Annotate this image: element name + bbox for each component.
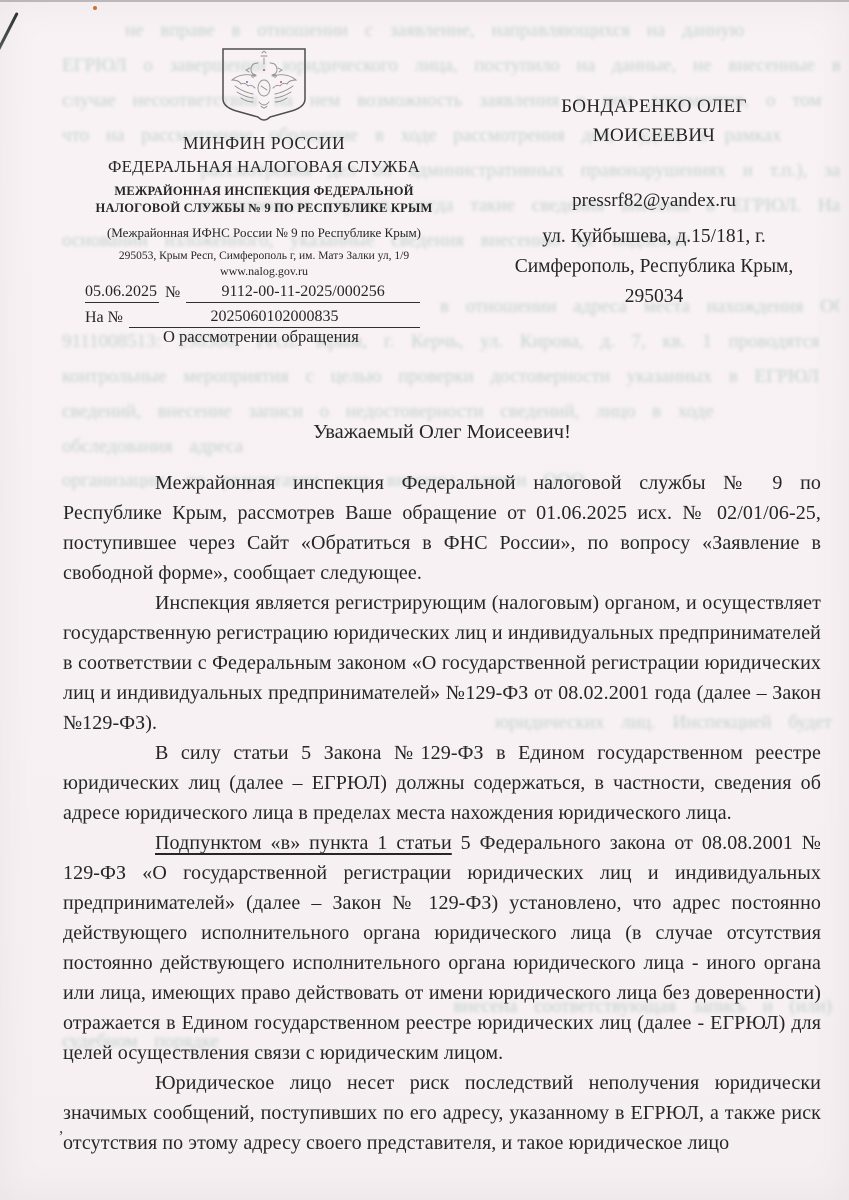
outgoing-reference-row: 05.06.2025 № 9112-00-11-2025/000256 xyxy=(85,278,420,303)
bleed-line: сведений, внесение записи о недостоверно… xyxy=(62,401,840,423)
recipient-address-line3: 295034 xyxy=(468,282,840,312)
bleed-line: контрольные мероприятия с целью проверки… xyxy=(62,366,840,388)
recipient-address-line1: ул. Куйбышева, д.15/181, г. xyxy=(468,222,840,252)
outgoing-number: 9112-00-11-2025/000256 xyxy=(186,283,420,303)
paragraph-4: Подпунктом «в» пункта 1 статьи 5 Федерал… xyxy=(63,828,821,1068)
recipient-name-line1: БОНДАРЕНКО ОЛЕГ xyxy=(468,92,840,121)
salutation: Уважаемый Олег Моисеевич! xyxy=(63,421,821,444)
incoming-reference-row: На № 2025060102000835 xyxy=(85,303,420,328)
reference-block: 05.06.2025 № 9112-00-11-2025/000256 На №… xyxy=(85,278,420,328)
letterhead: МИНФИН РОССИИ ФЕДЕРАЛЬНАЯ НАЛОГОВАЯ СЛУЖ… xyxy=(58,46,470,279)
stray-mark: , xyxy=(59,1118,63,1138)
recipient-address: ул. Куйбышева, д.15/181, г. Симферополь,… xyxy=(468,222,840,312)
paragraph-1: Межрайонная инспекция Федеральной налого… xyxy=(63,468,821,588)
pen-stroke-artifact xyxy=(0,12,19,60)
coat-of-arms-icon xyxy=(217,46,311,126)
paragraph-2: Инспекция является регистрирующим (налог… xyxy=(63,588,821,738)
org-postal-address: 295053, Крым Респ, Симферополь г, им. Ма… xyxy=(58,249,470,264)
bleed-line: не вправе в отношении с заявление, напра… xyxy=(125,20,840,42)
service-name: ФЕДЕРАЛЬНАЯ НАЛОГОВАЯ СЛУЖБА xyxy=(58,155,470,178)
inspection-alt-name: (Межрайонная ИФНС России № 9 по Республи… xyxy=(58,224,470,242)
recipient-address-line2: Симферополь, Республика Крым, xyxy=(468,252,840,282)
underlined-phrase: Подпунктом «в» пункта 1 статьи xyxy=(155,832,452,854)
recipient-email: pressrf82@yandex.ru xyxy=(468,188,840,214)
paragraph-5: Юридическое лицо несет риск последствий … xyxy=(63,1068,821,1158)
inspection-name-line1: МЕЖРАЙОННАЯ ИНСПЕКЦИЯ ФЕДЕРАЛЬНОЙ xyxy=(58,183,470,200)
letter-date: 05.06.2025 xyxy=(85,283,159,303)
orange-speck-artifact xyxy=(93,6,97,10)
scanned-letter-page: не вправе в отношении с заявление, напра… xyxy=(0,0,849,1200)
recipient-name-line2: МОИСЕЕВИЧ xyxy=(468,121,840,150)
paragraph-3: В силу статьи 5 Закона №129-ФЗ в Едином … xyxy=(63,738,821,828)
subject-line: О рассмотрении обращения xyxy=(163,327,359,347)
org-website: www.nalog.gov.ru xyxy=(58,264,470,279)
reply-to-label: На № xyxy=(85,309,125,328)
inspection-name-line2: НАЛОГОВОЙ СЛУЖБЫ № 9 ПО РЕСПУБЛИКЕ КРЫМ xyxy=(58,200,470,217)
ministry-name: МИНФИН РОССИИ xyxy=(58,132,470,155)
incoming-number: 2025060102000835 xyxy=(129,308,420,328)
letter-body: Межрайонная инспекция Федеральной налого… xyxy=(63,468,821,1158)
recipient-block: БОНДАРЕНКО ОЛЕГ МОИСЕЕВИЧ pressrf82@yand… xyxy=(468,92,840,312)
number-sign: № xyxy=(159,284,182,303)
